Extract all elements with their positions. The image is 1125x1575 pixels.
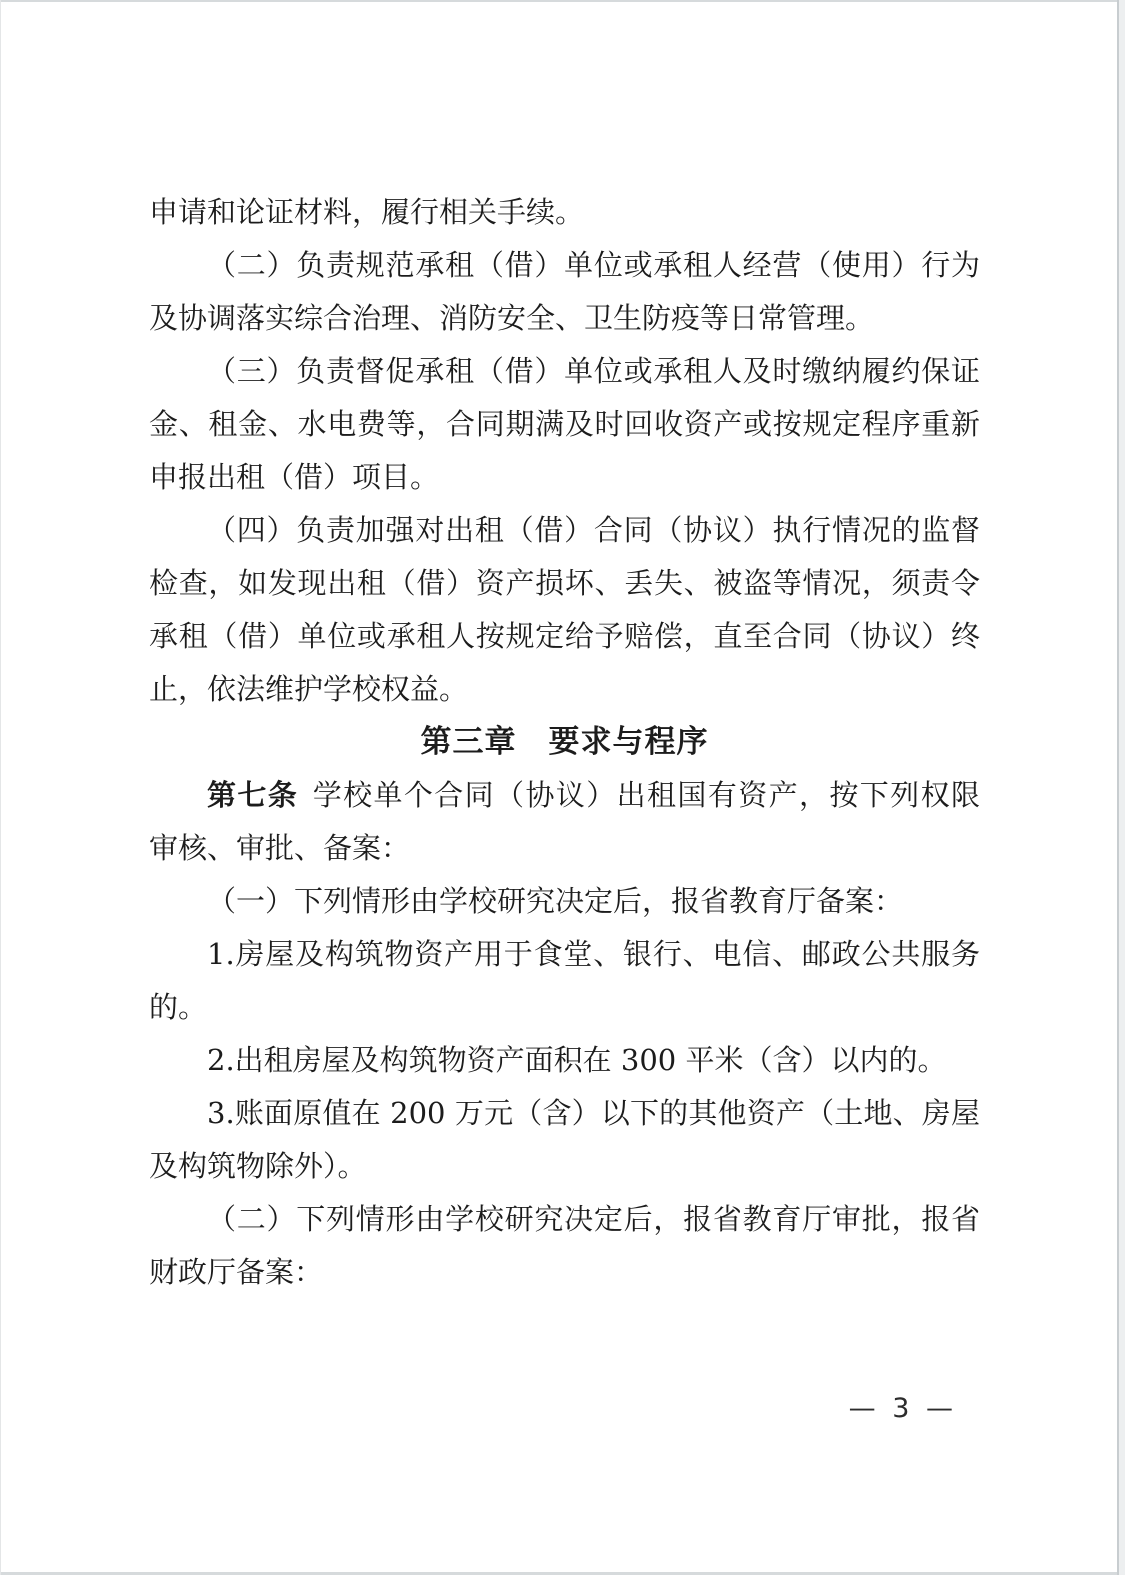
text-line: （二）负责规范承租（借）单位或承租人经营（使用）行为	[149, 239, 980, 292]
text-line: （三）负责督促承租（借）单位或承租人及时缴纳履约保证	[149, 345, 980, 398]
chapter-heading: 第三章 要求与程序	[149, 716, 980, 769]
paragraph-item-4: （四）负责加强对出租（借）合同（协议）执行情况的监督 检查，如发现出租（借）资产…	[149, 504, 980, 716]
text-line: 申报出租（借）项目。	[149, 451, 980, 504]
paragraph-sub-1-2: 2.出租房屋及构筑物资产面积在 300 平米（含）以内的。	[149, 1034, 980, 1087]
text-line: （二）下列情形由学校研究决定后，报省教育厅审批，报省	[149, 1193, 980, 1246]
scan-edge-left	[0, 0, 1, 1575]
document-body: 申请和论证材料，履行相关手续。 （二）负责规范承租（借）单位或承租人经营（使用）…	[149, 186, 980, 1299]
paragraph-intro-continuation: 申请和论证材料，履行相关手续。	[149, 186, 980, 239]
article-number-label: 第七条	[207, 778, 298, 812]
scan-edge-top	[0, 0, 1125, 2]
paragraph-sub-1: （一）下列情形由学校研究决定后，报省教育厅备案：	[149, 875, 980, 928]
scan-edge-right-band	[1119, 0, 1125, 1575]
text-line: （一）下列情形由学校研究决定后，报省教育厅备案：	[149, 875, 980, 928]
text-line: 1.房屋及构筑物资产用于食堂、银行、电信、邮政公共服务	[149, 928, 980, 981]
paragraph-sub-1-1: 1.房屋及构筑物资产用于食堂、银行、电信、邮政公共服务 的。	[149, 928, 980, 1034]
text-line: 止，依法维护学校权益。	[149, 663, 980, 716]
paragraph-item-2: （二）负责规范承租（借）单位或承租人经营（使用）行为 及协调落实综合治理、消防安…	[149, 239, 980, 345]
paragraph-sub-1-3: 3.账面原值在 200 万元（含）以下的其他资产（土地、房屋 及构筑物除外）。	[149, 1087, 980, 1193]
page-number: — 3 —	[849, 1392, 955, 1426]
text-line: 的。	[149, 981, 980, 1034]
text-line: 审核、审批、备案：	[149, 822, 980, 875]
paragraph-sub-2: （二）下列情形由学校研究决定后，报省教育厅审批，报省 财政厅备案：	[149, 1193, 980, 1299]
document-page: 申请和论证材料，履行相关手续。 （二）负责规范承租（借）单位或承租人经营（使用）…	[0, 0, 1125, 1575]
text-line: 及构筑物除外）。	[149, 1140, 980, 1193]
text-line: 金、租金、水电费等，合同期满及时回收资产或按规定程序重新	[149, 398, 980, 451]
text-line: 承租（借）单位或承租人按规定给予赔偿，直至合同（协议）终	[149, 610, 980, 663]
text-line: 及协调落实综合治理、消防安全、卫生防疫等日常管理。	[149, 292, 980, 345]
text-line: 3.账面原值在 200 万元（含）以下的其他资产（土地、房屋	[149, 1087, 980, 1140]
text-line: 检查，如发现出租（借）资产损坏、丢失、被盗等情况，须责令	[149, 557, 980, 610]
paragraph-item-3: （三）负责督促承租（借）单位或承租人及时缴纳履约保证 金、租金、水电费等，合同期…	[149, 345, 980, 504]
text-line: 第七条学校单个合同（协议）出租国有资产，按下列权限	[149, 769, 980, 822]
scan-edge-right-line	[1117, 0, 1119, 1575]
text-line: （四）负责加强对出租（借）合同（协议）执行情况的监督	[149, 504, 980, 557]
paragraph-article-7: 第七条学校单个合同（协议）出租国有资产，按下列权限 审核、审批、备案：	[149, 769, 980, 875]
text-line: 财政厅备案：	[149, 1246, 980, 1299]
text-line: 2.出租房屋及构筑物资产面积在 300 平米（含）以内的。	[149, 1034, 980, 1087]
text-line: 申请和论证材料，履行相关手续。	[149, 186, 980, 239]
article-text: 学校单个合同（协议）出租国有资产，按下列权限	[313, 778, 980, 812]
